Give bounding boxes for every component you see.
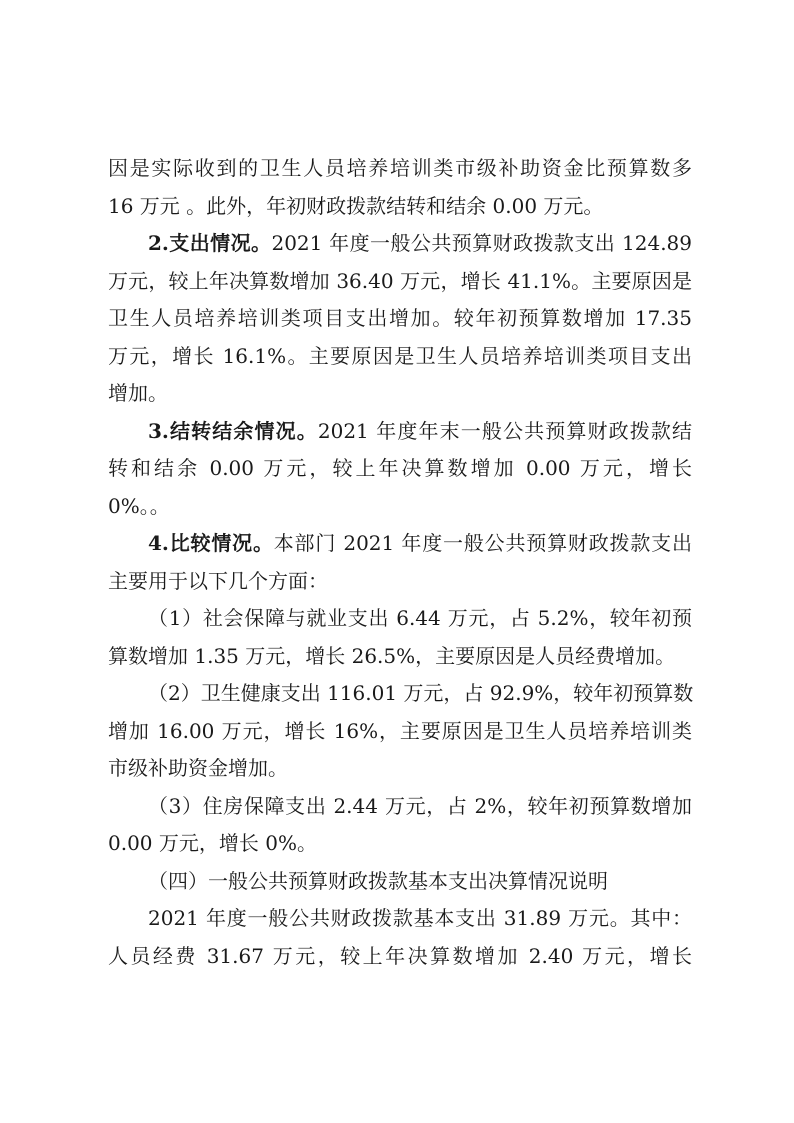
text-line: 人员经费 31.67 万元，较上年决算数增加 2.40 万元，增长 bbox=[108, 938, 692, 976]
section-heading: 3.结转结余情况。 bbox=[148, 419, 318, 443]
text-line: 2021 年度一般公共财政拨款基本支出 31.89 万元。其中： bbox=[108, 900, 692, 938]
section-title: （四）一般公共预算财政拨款基本支出决算情况说明 bbox=[108, 863, 692, 901]
text-span: 本部门 2021 年度一般公共预算财政拨款支出 bbox=[274, 531, 692, 555]
text-line: 卫生人员培养培训类项目支出增加。较年初预算数增加 17.35 bbox=[108, 300, 692, 338]
text-line: 因是实际收到的卫生人员培养培训类市级补助资金比预算数多 bbox=[108, 150, 692, 188]
text-line: 市级补助资金增加。 bbox=[108, 750, 692, 788]
text-line: 0.00 万元，增长 0%。 bbox=[108, 825, 692, 863]
text-line: （2）卫生健康支出 116.01 万元，占 92.9%，较年初预算数 bbox=[108, 675, 692, 713]
text-line: （1）社会保障与就业支出 6.44 万元，占 5.2%，较年初预 bbox=[108, 600, 692, 638]
paragraph-carryover: 3.结转结余情况。2021 年度年末一般公共预算财政拨款结 转和结余 0.00 … bbox=[108, 413, 692, 526]
text-line: 0%。。 bbox=[108, 488, 692, 526]
text-line: 算数增加 1.35 万元，增长 26.5%，主要原因是人员经费增加。 bbox=[108, 638, 692, 676]
text-line: （3）住房保障支出 2.44 万元，占 2%，较年初预算数增加 bbox=[108, 788, 692, 826]
text-line: 4.比较情况。本部门 2021 年度一般公共预算财政拨款支出 bbox=[108, 525, 692, 563]
paragraph-continuation: 因是实际收到的卫生人员培养培训类市级补助资金比预算数多 16 万元 。此外，年初… bbox=[108, 150, 692, 225]
paragraph-comparison: 4.比较情况。本部门 2021 年度一般公共预算财政拨款支出 主要用于以下几个方… bbox=[108, 525, 692, 600]
document-page: 因是实际收到的卫生人员培养培训类市级补助资金比预算数多 16 万元 。此外，年初… bbox=[108, 150, 692, 975]
text-line: 增加。 bbox=[108, 375, 692, 413]
paragraph-item-3: （3）住房保障支出 2.44 万元，占 2%，较年初预算数增加 0.00 万元，… bbox=[108, 788, 692, 863]
text-line: 万元，较上年决算数增加 36.40 万元，增长 41.1%。主要原因是 bbox=[108, 263, 692, 301]
paragraph-expenditure: 2.支出情况。2021 年度一般公共预算财政拨款支出 124.89 万元，较上年… bbox=[108, 225, 692, 413]
text-line: 万元，增长 16.1%。主要原因是卫生人员培养培训类项目支出 bbox=[108, 338, 692, 376]
section-heading: 4.比较情况。 bbox=[148, 531, 274, 555]
text-line: （四）一般公共预算财政拨款基本支出决算情况说明 bbox=[108, 863, 692, 901]
section-heading: 2.支出情况。 bbox=[148, 231, 271, 255]
paragraph-item-2: （2）卫生健康支出 116.01 万元，占 92.9%，较年初预算数 增加 16… bbox=[108, 675, 692, 788]
text-line: 3.结转结余情况。2021 年度年末一般公共预算财政拨款结 bbox=[108, 413, 692, 451]
text-line: 主要用于以下几个方面： bbox=[108, 563, 692, 601]
text-line: 2.支出情况。2021 年度一般公共预算财政拨款支出 124.89 bbox=[108, 225, 692, 263]
text-span: 2021 年度年末一般公共预算财政拨款结 bbox=[318, 419, 692, 443]
text-line: 16 万元 。此外，年初财政拨款结转和结余 0.00 万元。 bbox=[108, 188, 692, 226]
text-line: 转和结余 0.00 万元，较上年决算数增加 0.00 万元，增长 bbox=[108, 450, 692, 488]
text-line: 增加 16.00 万元，增长 16%，主要原因是卫生人员培养培训类 bbox=[108, 713, 692, 751]
paragraph-item-1: （1）社会保障与就业支出 6.44 万元，占 5.2%，较年初预 算数增加 1.… bbox=[108, 600, 692, 675]
paragraph-basic-expenditure: 2021 年度一般公共财政拨款基本支出 31.89 万元。其中： 人员经费 31… bbox=[108, 900, 692, 975]
text-span: 2021 年度一般公共预算财政拨款支出 124.89 bbox=[271, 231, 692, 255]
